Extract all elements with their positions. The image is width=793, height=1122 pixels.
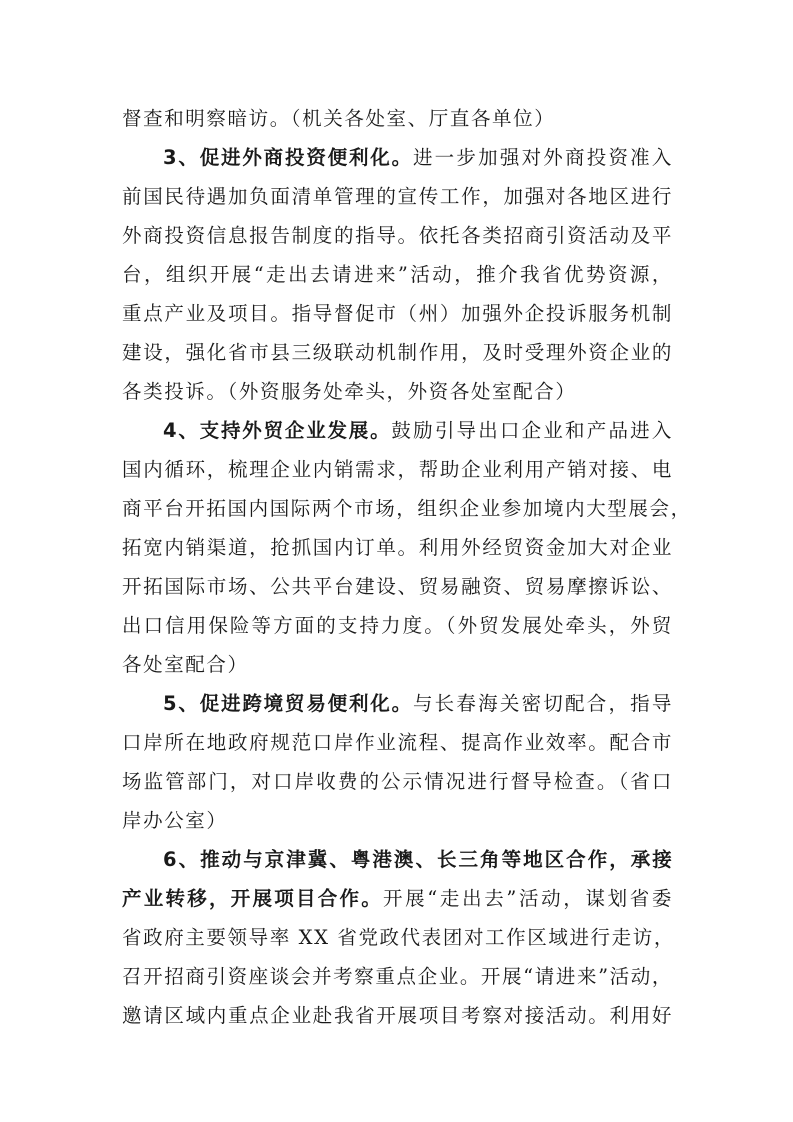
- item-4-line: 商平台开拓国内国际两个市场，组织企业参加境内大型展会，: [122, 489, 673, 528]
- item-5-line: 口岸所在地政府规范口岸作业流程、提高作业效率。配合市: [122, 723, 673, 762]
- item-6-heading: 6、推动与京津冀、粤港澳、长三角等地区合作，承接: [163, 848, 673, 871]
- item-6-heading-cont: 产业转移，开展项目合作。: [122, 887, 383, 910]
- item-3-heading: 3、促进外商投资便利化。: [163, 146, 413, 169]
- item-6-heading-line: 6、推动与京津冀、粤港澳、长三角等地区合作，承接: [122, 840, 673, 879]
- item-4-line: 各处室配合）: [122, 645, 673, 684]
- item-5-heading-line: 5、促进跨境贸易便利化。与长春海关密切配合，指导: [122, 684, 673, 723]
- item-5-line: 岸办公室）: [122, 801, 673, 840]
- item-6-line: 省政府主要领导率 XX 省党政代表团对工作区域进行走访，: [122, 918, 673, 957]
- item-3-heading-line: 3、促进外商投资便利化。进一步加强对外商投资准入: [122, 138, 673, 177]
- item-4-heading: 4、支持外贸企业发展。: [163, 419, 391, 442]
- item-6-heading-cont-line: 产业转移，开展项目合作。开展“走出去”活动，谋划省委: [122, 879, 673, 918]
- item-3-line: 外商投资信息报告制度的指导。依托各类招商引资活动及平: [122, 216, 673, 255]
- item-6-line: 邀请区域内重点企业赴我省开展项目考察对接活动。利用好: [122, 996, 673, 1035]
- item-5-text: 与长春海关密切配合，指导: [413, 692, 673, 715]
- item-4-text: 鼓励引导出口企业和产品进入: [391, 419, 673, 442]
- item-4-heading-line: 4、支持外贸企业发展。鼓励引导出口企业和产品进入: [122, 411, 673, 450]
- item-4-line: 国内循环，梳理企业内销需求，帮助企业利用产销对接、电: [122, 450, 673, 489]
- item-3-line: 台，组织开展“走出去请进来”活动，推介我省优势资源，: [122, 255, 673, 294]
- item-3-line: 前国民待遇加负面清单管理的宣传工作，加强对各地区进行: [122, 177, 673, 216]
- document-page: 督查和明察暗访。（机关各处室、厅直各单位） 3、促进外商投资便利化。进一步加强对…: [122, 99, 673, 1035]
- item-3-text: 进一步加强对外商投资准入: [413, 146, 673, 169]
- item-5-line: 场监管部门，对口岸收费的公示情况进行督导检查。（省口: [122, 762, 673, 801]
- item-6-line: 召开招商引资座谈会并考察重点企业。开展“请进来”活动，: [122, 957, 673, 996]
- item-4-line: 拓宽内销渠道，抢抓国内订单。利用外经贸资金加大对企业: [122, 528, 673, 567]
- item-5-heading: 5、促进跨境贸易便利化。: [163, 692, 413, 715]
- item-4-line: 出口信用保险等方面的支持力度。（外贸发展处牵头，外贸: [122, 606, 673, 645]
- item-4-line: 开拓国际市场、公共平台建设、贸易融资、贸易摩擦诉讼、: [122, 567, 673, 606]
- item-3-line: 重点产业及项目。指导督促市（州）加强外企投诉服务机制: [122, 294, 673, 333]
- item-6-text: 开展“走出去”活动，谋划省委: [383, 887, 673, 910]
- paragraph-continuation-line: 督查和明察暗访。（机关各处室、厅直各单位）: [122, 99, 673, 138]
- item-3-line: 各类投诉。（外资服务处牵头，外资各处室配合）: [122, 372, 673, 411]
- item-3-line: 建设，强化省市县三级联动机制作用，及时受理外资企业的: [122, 333, 673, 372]
